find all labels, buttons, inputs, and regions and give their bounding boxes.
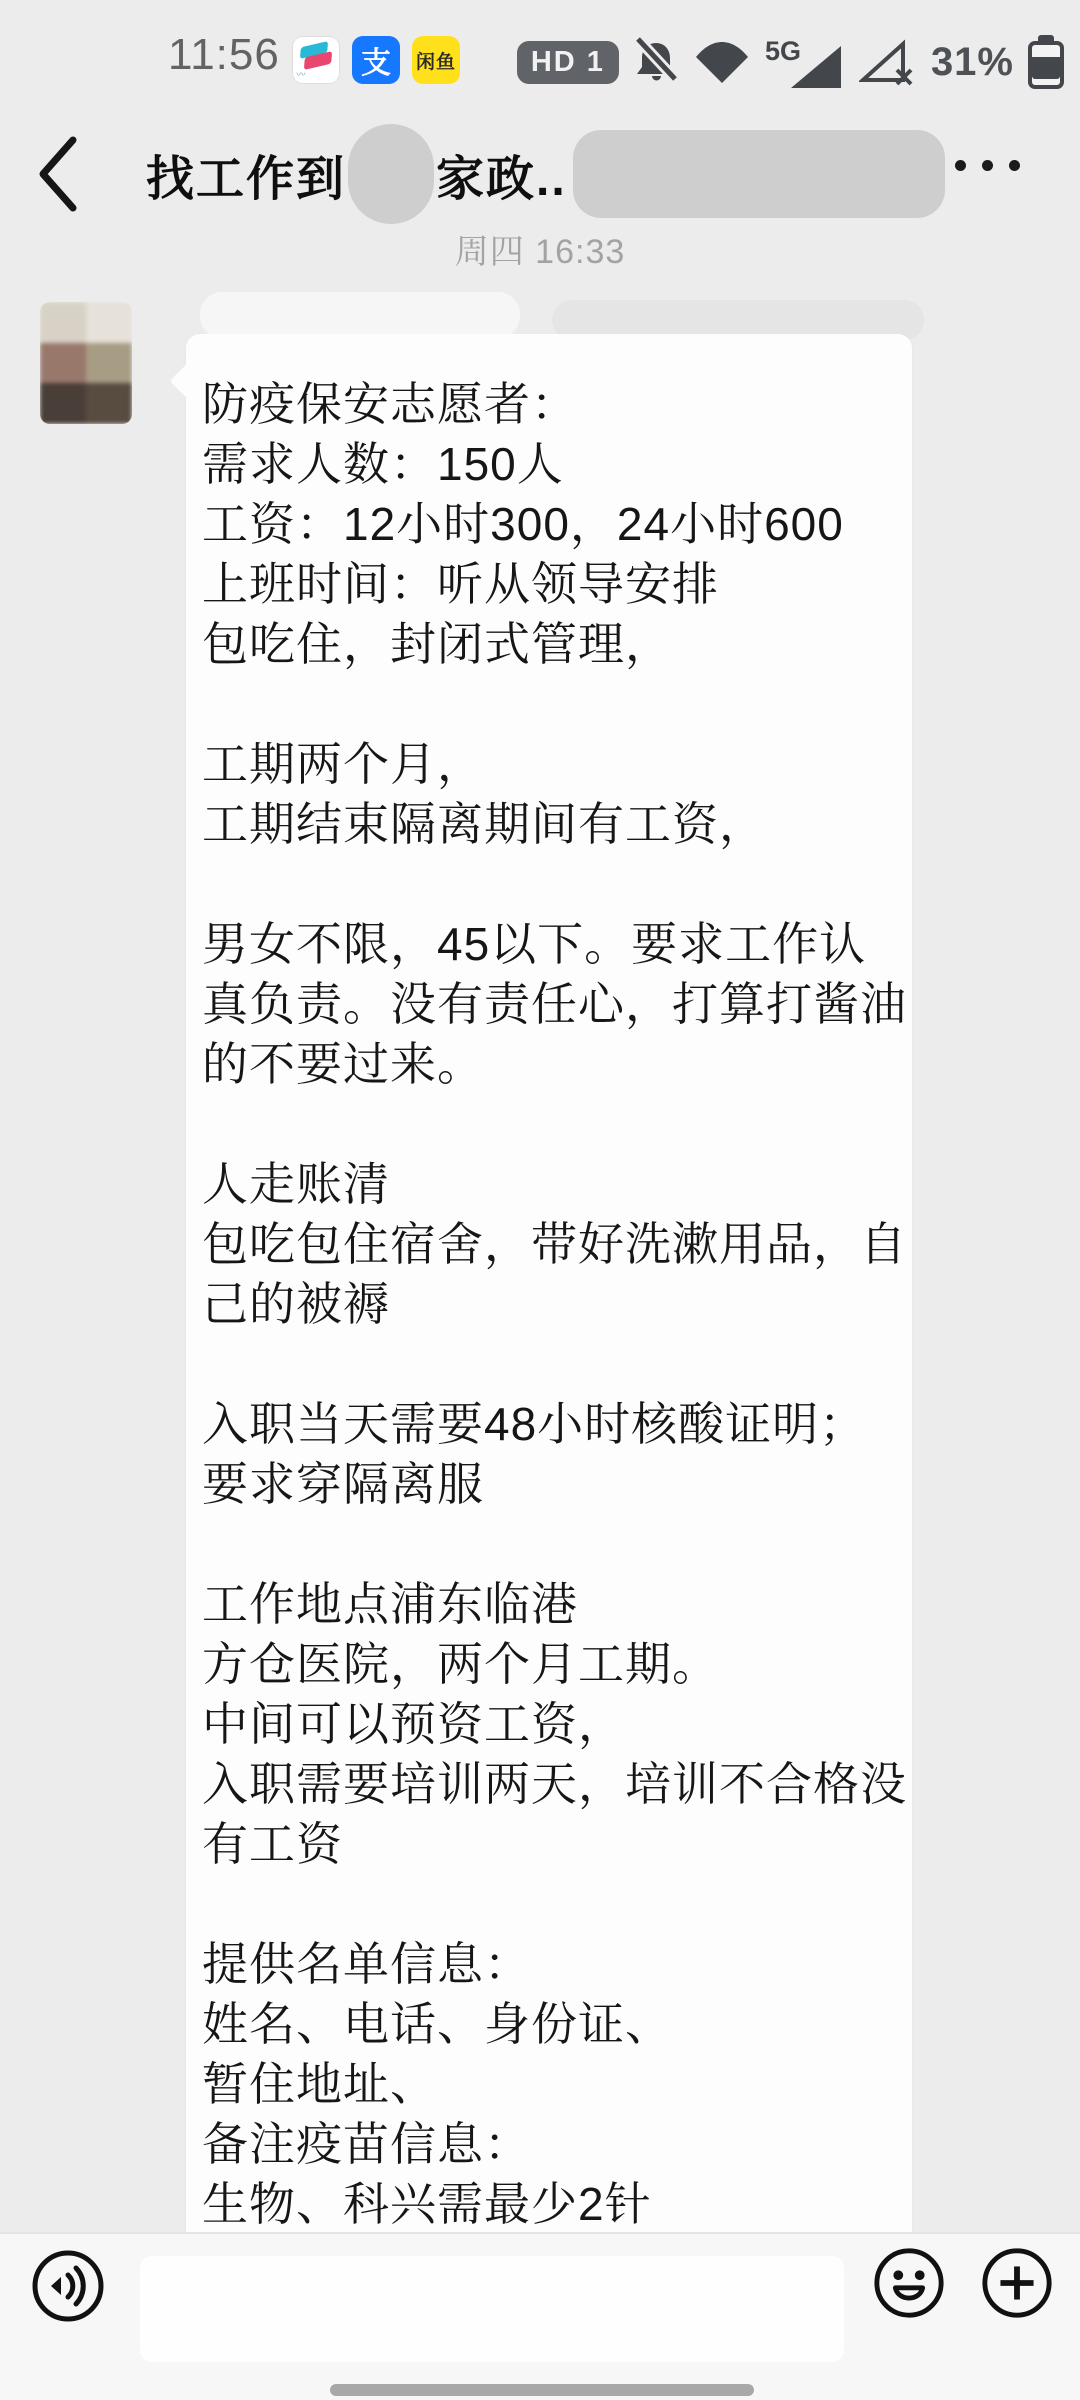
message-line: 包吃住，封闭式管理，: [202, 614, 884, 674]
taopaipai-app-icon: 〰: [292, 36, 340, 84]
message-line: [202, 1514, 884, 1574]
more-dot: [955, 160, 966, 171]
sender-avatar[interactable]: [40, 302, 132, 424]
xianyu-app-icon: 闲鱼: [412, 36, 460, 84]
status-right-cluster: HD 1 5G: [517, 36, 1064, 88]
battery-icon: [1028, 35, 1064, 89]
bell-muted-icon: [633, 37, 679, 87]
message-line: 入职需要培训两天，培训不合格没: [202, 1754, 884, 1814]
message-line: 男女不限，45以下。要求工作认: [202, 914, 884, 974]
plus-icon: [980, 2246, 1054, 2320]
chat-title-prefix: 找工作到: [146, 140, 346, 209]
message-line: [202, 674, 884, 734]
chat-input-bar: [0, 2232, 1080, 2400]
status-time: 11:56: [168, 30, 280, 80]
notification-icons: 〰 支 闲鱼: [292, 36, 460, 84]
back-chevron-icon: [35, 134, 81, 214]
signal-5g-icon: 5G: [765, 36, 841, 88]
message-line: 有工资: [202, 1814, 884, 1874]
smiley-icon: [872, 2246, 946, 2320]
message-line: 工作地点浦东临港: [202, 1574, 884, 1634]
more-menu-button[interactable]: [955, 160, 1020, 171]
hd-volte-badge: HD 1: [517, 41, 619, 84]
message-line: 生物、科兴需最少2针: [202, 2174, 884, 2234]
censored-title-patch: [573, 130, 945, 218]
chat-nav-bar: 找工作到 家政..: [0, 108, 1080, 236]
message-line: 姓名、电话、身份证、: [202, 1994, 884, 2054]
message-line: 上班时间：听从领导安排: [202, 554, 884, 614]
message-line: 需求人数：150人: [202, 434, 884, 494]
message-line: 入职当天需要48小时核酸证明；: [202, 1394, 884, 1454]
message-bubble[interactable]: 防疫保安志愿者：需求人数：150人工资：12小时300，24小时600上班时间：…: [186, 334, 912, 2270]
message-timestamp: 周四 16:33: [0, 224, 1080, 273]
message-line: [202, 1334, 884, 1394]
voice-message-button[interactable]: [30, 2248, 106, 2324]
message-line: 真负责。没有责任心，打算打酱油: [202, 974, 884, 1034]
home-indicator-bar[interactable]: [330, 2384, 754, 2396]
alipay-app-icon: 支: [352, 36, 400, 84]
more-dot: [1009, 160, 1020, 171]
status-bar: 11:56 〰 支 闲鱼 HD 1: [0, 0, 1080, 100]
message-line: 人走账清: [202, 1154, 884, 1214]
chat-title: 找工作到 家政..: [146, 124, 945, 224]
message-line: 工期两个月，: [202, 734, 884, 794]
message-text: 防疫保安志愿者：需求人数：150人工资：12小时300，24小时600上班时间：…: [186, 334, 912, 2234]
message-line: 工资：12小时300，24小时600: [202, 494, 884, 554]
battery-percentage: 31%: [931, 40, 1014, 85]
message-line: [202, 1874, 884, 1934]
taopaipai-label: 〰: [297, 67, 306, 81]
message-line: 工期结束隔离期间有工资，: [202, 794, 884, 854]
censored-nickname-patch: [200, 292, 520, 338]
message-line: 方仓医院，两个月工期。: [202, 1634, 884, 1694]
censored-title-patch: [348, 124, 434, 224]
message-line: 防疫保安志愿者：: [202, 374, 884, 434]
chat-title-mid: 家政..: [436, 140, 567, 209]
voice-icon: [30, 2248, 106, 2324]
wechat-chat-screen: 11:56 〰 支 闲鱼 HD 1: [0, 0, 1080, 2400]
back-button[interactable]: [30, 132, 86, 216]
signal-sim2-no-service-icon: [855, 36, 917, 88]
more-dot: [982, 160, 993, 171]
more-functions-button[interactable]: [980, 2246, 1054, 2320]
message-line: 中间可以预资工资，: [202, 1694, 884, 1754]
message-input[interactable]: [140, 2256, 844, 2362]
emoji-button[interactable]: [872, 2246, 946, 2320]
message-line: 暂住地址、: [202, 2054, 884, 2114]
message-line: 包吃包住宿舍，带好洗漱用品，自: [202, 1214, 884, 1274]
message-line: 要求穿隔离服: [202, 1454, 884, 1514]
message-line: 己的被褥: [202, 1274, 884, 1334]
message-line: [202, 854, 884, 914]
wifi-icon: [693, 39, 751, 85]
message-line: 的不要过来。: [202, 1034, 884, 1094]
message-line: [202, 1094, 884, 1154]
message-line: 备注疫苗信息：: [202, 2114, 884, 2174]
avatar-mosaic: [40, 302, 132, 424]
message-line: 提供名单信息：: [202, 1934, 884, 1994]
